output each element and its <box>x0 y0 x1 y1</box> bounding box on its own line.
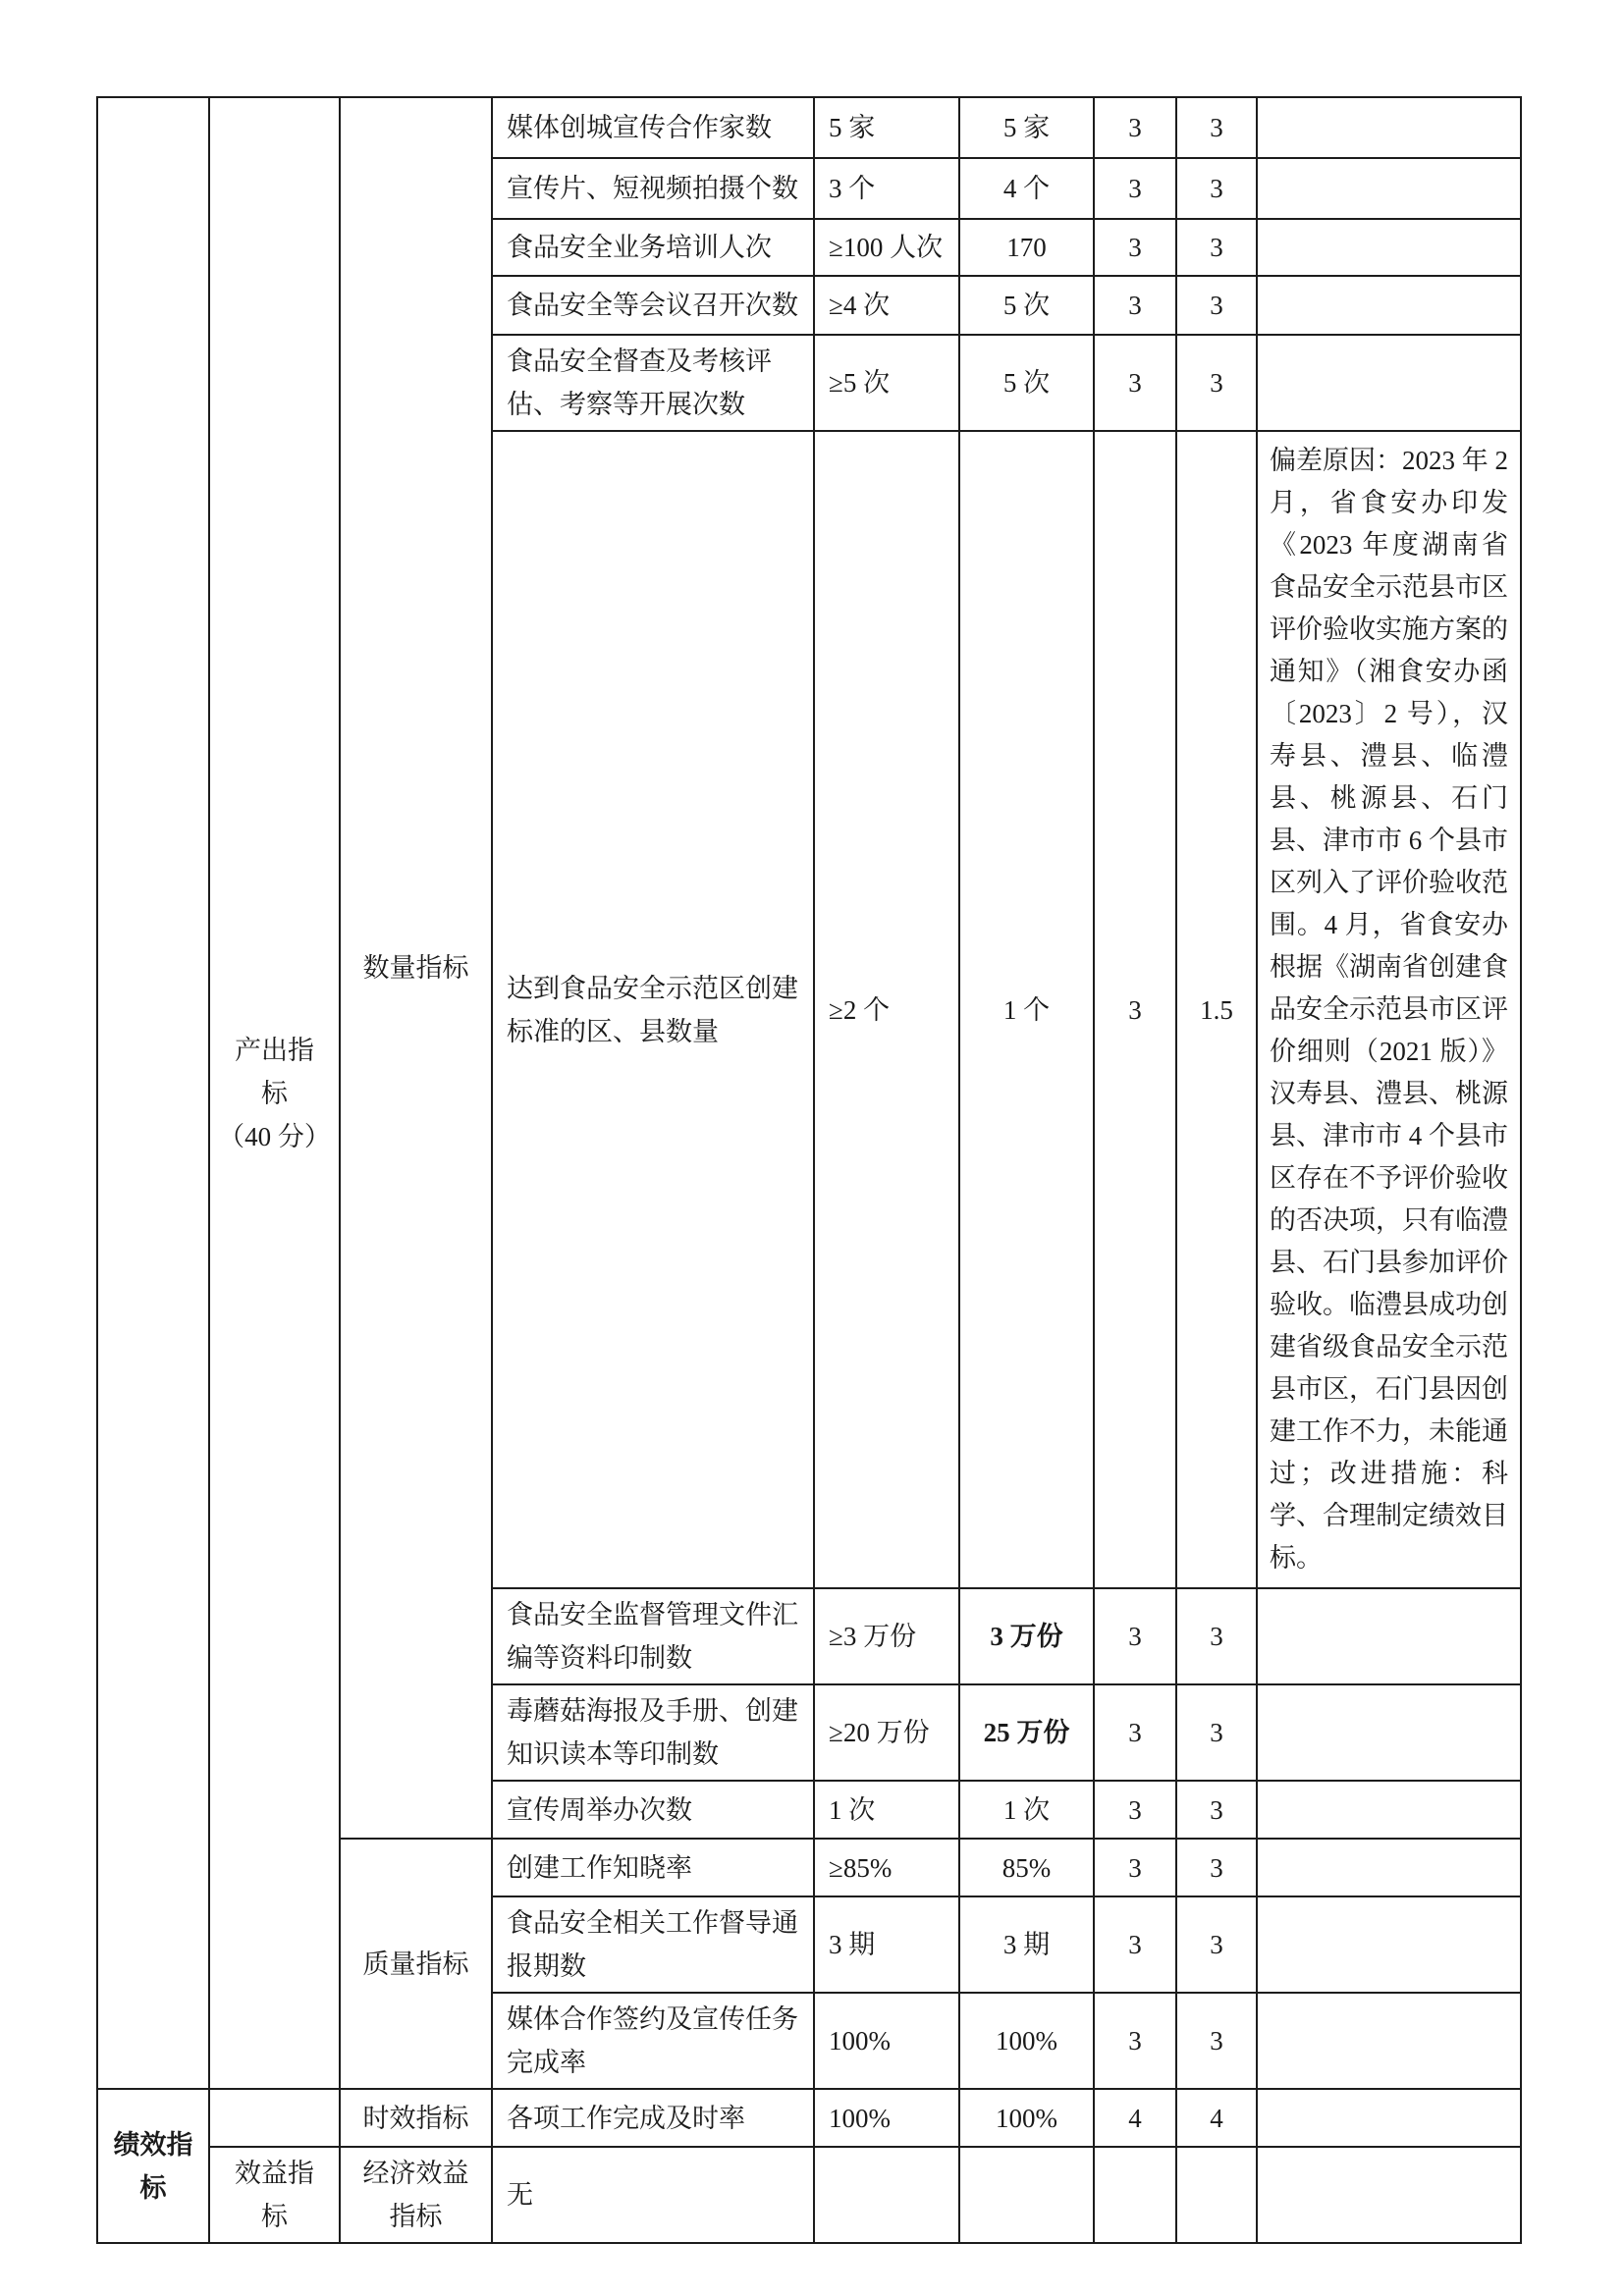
actual-cell: 1 次 <box>959 1781 1094 1839</box>
table-row: 产出指 标 （40 分） 数量指标 媒体创城宣传合作家数 5 家 5 家 3 3 <box>97 97 1521 158</box>
score-cell: 3 <box>1094 1588 1176 1684</box>
target-cell: ≥3 万份 <box>814 1588 959 1684</box>
score-cell: 3 <box>1094 1896 1176 1993</box>
indicator-cell: 各项工作完成及时率 <box>492 2089 814 2147</box>
target-cell: ≥2 个 <box>814 431 959 1588</box>
target-cell: ≥4 次 <box>814 276 959 335</box>
group-cell-timeliness-indicator: 时效指标 <box>340 2089 492 2147</box>
target-cell: ≥20 万份 <box>814 1684 959 1781</box>
remark-cell <box>1257 335 1521 431</box>
target-cell: ≥85% <box>814 1839 959 1896</box>
gained-score-cell <box>1176 2147 1257 2243</box>
table-row: 绩效指 标 时效指标 各项工作完成及时率 100% 100% 4 4 <box>97 2089 1521 2147</box>
gained-score-cell: 3 <box>1176 1993 1257 2089</box>
actual-cell: 85% <box>959 1839 1094 1896</box>
indicator-cell: 食品安全监督管理文件汇编等资料印制数 <box>492 1588 814 1684</box>
indicator-cell: 无 <box>492 2147 814 2243</box>
indicator-cell: 食品安全督查及考核评估、考察等开展次数 <box>492 335 814 431</box>
score-cell: 3 <box>1094 219 1176 276</box>
deviation-remark-cell: 偏差原因：2023 年 2 月，省食安办印发《2023 年度湖南省食品安全示范县… <box>1257 431 1521 1588</box>
group-cell-quality-indicator: 质量指标 <box>340 1839 492 2089</box>
remark-cell <box>1257 1839 1521 1896</box>
score-cell: 3 <box>1094 335 1176 431</box>
table-row: 效益指 标 经济效益 指标 无 <box>97 2147 1521 2243</box>
remark-cell <box>1257 276 1521 335</box>
score-cell: 3 <box>1094 1839 1176 1896</box>
score-cell: 4 <box>1094 2089 1176 2147</box>
actual-cell: 1 个 <box>959 431 1094 1588</box>
remark-cell <box>1257 2089 1521 2147</box>
actual-cell: 100% <box>959 1993 1094 2089</box>
actual-cell: 4 个 <box>959 158 1094 219</box>
target-cell: 5 家 <box>814 97 959 158</box>
score-cell: 3 <box>1094 97 1176 158</box>
gained-score-cell: 3 <box>1176 1839 1257 1896</box>
group-cell-level1-blank <box>97 97 209 2089</box>
remark-cell <box>1257 1993 1521 2089</box>
remark-cell <box>1257 1588 1521 1684</box>
group-cell-benefit-indicator: 效益指 标 <box>209 2147 340 2243</box>
performance-indicator-table: 产出指 标 （40 分） 数量指标 媒体创城宣传合作家数 5 家 5 家 3 3… <box>96 96 1522 2244</box>
gained-score-cell: 3 <box>1176 335 1257 431</box>
group-cell-level2-blank <box>209 2089 340 2147</box>
score-cell: 3 <box>1094 1684 1176 1781</box>
score-cell <box>1094 2147 1176 2243</box>
actual-cell: 100% <box>959 2089 1094 2147</box>
target-cell: 3 期 <box>814 1896 959 1993</box>
target-cell: 1 次 <box>814 1781 959 1839</box>
target-cell: ≥100 人次 <box>814 219 959 276</box>
actual-cell: 25 万份 <box>959 1684 1094 1781</box>
indicator-cell: 媒体合作签约及宣传任务完成率 <box>492 1993 814 2089</box>
indicator-cell: 食品安全业务培训人次 <box>492 219 814 276</box>
target-cell: 100% <box>814 2089 959 2147</box>
gained-score-cell: 1.5 <box>1176 431 1257 1588</box>
indicator-cell: 创建工作知晓率 <box>492 1839 814 1896</box>
indicator-cell: 毒蘑菇海报及手册、创建知识读本等印制数 <box>492 1684 814 1781</box>
actual-cell: 5 家 <box>959 97 1094 158</box>
actual-cell <box>959 2147 1094 2243</box>
gained-score-cell: 3 <box>1176 1588 1257 1684</box>
actual-cell: 170 <box>959 219 1094 276</box>
remark-cell <box>1257 2147 1521 2243</box>
remark-cell <box>1257 1896 1521 1993</box>
document-page: 产出指 标 （40 分） 数量指标 媒体创城宣传合作家数 5 家 5 家 3 3… <box>0 0 1624 2296</box>
gained-score-cell: 3 <box>1176 1684 1257 1781</box>
remark-cell <box>1257 158 1521 219</box>
indicator-cell: 食品安全相关工作督导通报期数 <box>492 1896 814 1993</box>
remark-cell <box>1257 219 1521 276</box>
gained-score-cell: 3 <box>1176 1781 1257 1839</box>
group-cell-quantity-indicator: 数量指标 <box>340 97 492 1839</box>
score-cell: 3 <box>1094 158 1176 219</box>
score-cell: 3 <box>1094 276 1176 335</box>
score-cell: 3 <box>1094 431 1176 1588</box>
group-cell-performance-indicator: 绩效指 标 <box>97 2089 209 2243</box>
target-cell: 3 个 <box>814 158 959 219</box>
gained-score-cell: 3 <box>1176 219 1257 276</box>
remark-cell <box>1257 1781 1521 1839</box>
gained-score-cell: 4 <box>1176 2089 1257 2147</box>
gained-score-cell: 3 <box>1176 276 1257 335</box>
score-cell: 3 <box>1094 1993 1176 2089</box>
target-cell: ≥5 次 <box>814 335 959 431</box>
actual-cell: 3 万份 <box>959 1588 1094 1684</box>
group-cell-economic-benefit-indicator: 经济效益 指标 <box>340 2147 492 2243</box>
actual-cell: 5 次 <box>959 335 1094 431</box>
remark-cell <box>1257 97 1521 158</box>
actual-cell: 3 期 <box>959 1896 1094 1993</box>
remark-cell <box>1257 1684 1521 1781</box>
indicator-cell: 宣传周举办次数 <box>492 1781 814 1839</box>
indicator-cell: 宣传片、短视频拍摄个数 <box>492 158 814 219</box>
indicator-cell: 媒体创城宣传合作家数 <box>492 97 814 158</box>
score-cell: 3 <box>1094 1781 1176 1839</box>
indicator-cell: 达到食品安全示范区创建标准的区、县数量 <box>492 431 814 1588</box>
indicator-cell: 食品安全等会议召开次数 <box>492 276 814 335</box>
gained-score-cell: 3 <box>1176 1896 1257 1993</box>
group-cell-output-indicator: 产出指 标 （40 分） <box>209 97 340 2089</box>
actual-cell: 5 次 <box>959 276 1094 335</box>
gained-score-cell: 3 <box>1176 97 1257 158</box>
gained-score-cell: 3 <box>1176 158 1257 219</box>
target-cell: 100% <box>814 1993 959 2089</box>
target-cell <box>814 2147 959 2243</box>
